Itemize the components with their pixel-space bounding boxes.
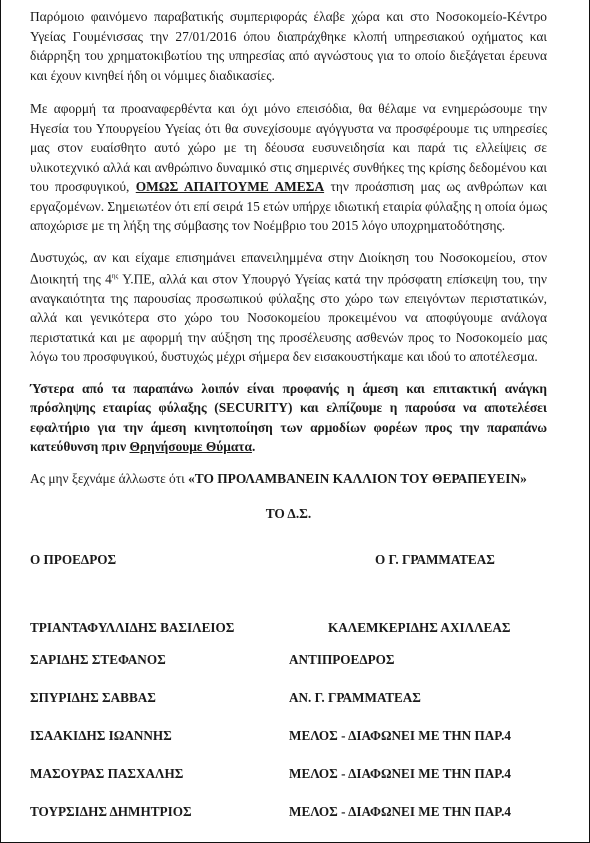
signature-left: Ο ΠΡΟΕΔΡΟΣ (30, 550, 116, 570)
signature-left: ΤΟΥΡΣΙΔΗΣ ΔΗΜΗΤΡΙΟΣ (30, 802, 192, 822)
signature-left: ΣΠΥΡΙΔΗΣ ΣΑΒΒΑΣ (30, 688, 156, 708)
signature-right: ΜΕΛΟΣ - ΔΙΑΦΩΝΕΙ ΜΕ ΤΗΝ ΠΑΡ.4 (289, 802, 511, 822)
paragraph-theft-incident: Παρόμοιο φαινόμενο παραβατικής συμπεριφο… (30, 7, 547, 85)
signature-row: ΣΠΥΡΙΔΗΣ ΣΑΒΒΑΣ ΑΝ. Γ. ΓΡΑΜΜΑΤΕΑΣ (30, 688, 547, 707)
paragraph-text: Ύστερα από τα παραπάνω λοιπόν είναι προφ… (30, 381, 547, 455)
signature-right: ΜΕΛΟΣ - ΔΙΑΦΩΝΕΙ ΜΕ ΤΗΝ ΠΑΡ.4 (289, 764, 511, 784)
signature-right: ΑΝ. Γ. ΓΡΑΜΜΑΤΕΑΣ (289, 688, 421, 708)
signature-row: ΙΣΑΑΚΙΔΗΣ ΙΩΑΝΝΗΣ ΜΕΛΟΣ - ΔΙΑΦΩΝΕΙ ΜΕ ΤΗ… (30, 726, 547, 745)
paragraph-text: . (252, 439, 255, 454)
signature-right: ΜΕΛΟΣ - ΔΙΑΦΩΝΕΙ ΜΕ ΤΗΝ ΠΑΡ.4 (289, 726, 511, 746)
paragraph-text: Ας μην ξεχνάμε άλλωστε ότι (30, 471, 188, 486)
paragraph-previous-warnings: Δυστυχώς, αν και είχαμε επισημάνει επανε… (30, 248, 547, 367)
motto-quote: «ΤΟ ΠΡΟΛΑΜΒΑΝΕΙΝ ΚΑΛΛΙΟΝ ΤΟΥ ΘΕΡΑΠΕΥΕΙΝ» (188, 471, 527, 486)
signature-row: Ο ΠΡΟΕΔΡΟΣ Ο Γ. ΓΡΑΜΜΑΤΕΑΣ (30, 550, 547, 569)
emphasis-demand: ΟΜΩΣ ΑΠΑΙΤΟΥΜΕ ΑΜΕΣΑ (136, 179, 324, 194)
signature-right: ΑΝΤΙΠΡΟΕΔΡΟΣ (289, 650, 395, 670)
signature-left: ΣΑΡΙΔΗΣ ΣΤΕΦΑΝΟΣ (30, 650, 166, 670)
paragraph-motto: Ας μην ξεχνάμε άλλωστε ότι «ΤΟ ΠΡΟΛΑΜΒΑΝ… (30, 469, 547, 489)
signature-right: ΚΑΛΕΜΚΕΡΙΔΗΣ ΑΧΙΛΛΕΑΣ (328, 618, 510, 638)
emphasis-victims: Θρηνήσουμε Θύματα (130, 439, 252, 454)
signature-row: ΤΡΙΑΝΤΑΦΥΛΛΙΔΗΣ ΒΑΣΙΛΕΙΟΣ ΚΑΛΕΜΚΕΡΙΔΗΣ Α… (30, 618, 547, 637)
document-page: Παρόμοιο φαινόμενο παραβατικής συμπεριφο… (0, 0, 590, 843)
signature-row: ΤΟΥΡΣΙΔΗΣ ΔΗΜΗΤΡΙΟΣ ΜΕΛΟΣ - ΔΙΑΦΩΝΕΙ ΜΕ … (30, 802, 547, 821)
signature-row: ΣΑΡΙΔΗΣ ΣΤΕΦΑΝΟΣ ΑΝΤΙΠΡΟΕΔΡΟΣ (30, 650, 547, 669)
signature-left: ΙΣΑΑΚΙΔΗΣ ΙΩΑΝΝΗΣ (30, 726, 172, 746)
signature-row: ΜΑΣΟΥΡΑΣ ΠΑΣΧΑΛΗΣ ΜΕΛΟΣ - ΔΙΑΦΩΝΕΙ ΜΕ ΤΗ… (30, 764, 547, 783)
paragraph-security-need: Ύστερα από τα παραπάνω λοιπόν είναι προφ… (30, 379, 547, 457)
paragraph-demands: Με αφορμή τα προαναφερθέντα και όχι μόνο… (30, 99, 547, 236)
board-title: ΤΟ Δ.Σ. (30, 504, 547, 524)
signature-right: Ο Γ. ΓΡΑΜΜΑΤΕΑΣ (375, 550, 495, 570)
document-body: Παρόμοιο φαινόμενο παραβατικής συμπεριφο… (30, 7, 547, 821)
signature-left: ΜΑΣΟΥΡΑΣ ΠΑΣΧΑΛΗΣ (30, 764, 183, 784)
paragraph-text: Παρόμοιο φαινόμενο παραβατικής συμπεριφο… (30, 9, 547, 83)
signature-left: ΤΡΙΑΝΤΑΦΥΛΛΙΔΗΣ ΒΑΣΙΛΕΙΟΣ (30, 618, 234, 638)
